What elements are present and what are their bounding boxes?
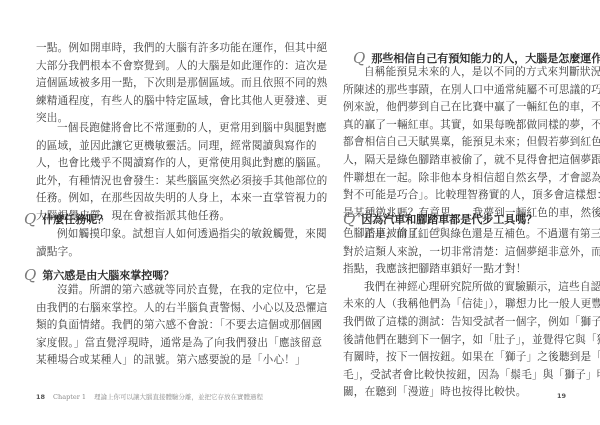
text-line: 某種場合或某種人」的訊號。第六感要說的是「小心！」 xyxy=(36,352,272,370)
text-line: 對於這類人來說，一切非常清楚：這個夢絕非意外，而是一種 xyxy=(343,244,579,262)
text-line: 後請他們在聽到下一個字，如「肚子」，並覺得它與「獅子」 xyxy=(343,332,579,350)
answer-paragraph: 正是，而且紅色與綠色還是互補色。不過還有第三類人， 對於這類人來說，一切非常清楚… xyxy=(343,226,579,402)
text-line: 類的負面情緒。我們的第六感不會說：「不要去這個或那個國 xyxy=(36,317,272,335)
answer-paragraph: 沒錯。所謂的第六感就等同於直覺，在我的定位中，它是 由我們的右腦來掌控。人的右半… xyxy=(36,282,272,370)
text-line: 正是，而且紅色與綠色還是互補色。不過還有第三類人， xyxy=(343,226,579,244)
q-mark-icon: Q xyxy=(24,266,36,284)
text-line: 自稱能預見未來的人，是以不同的方式來判斷狀況。他們 xyxy=(343,64,579,82)
text-line: 人，也會比幾乎不閱讀寫作的人，更常使用與此對應的腦區。 xyxy=(36,155,272,173)
page-footer: 18Chapter 1理論上你可以讓大腦直接體驗分離，並把它存放在實體過程 xyxy=(36,392,263,401)
text-line: 讀點字。 xyxy=(36,244,272,262)
text-line: 這個區域被多用一點，下次則是那個區域。而且依照不同的熟 xyxy=(36,75,272,93)
paragraph-1: 一點。例如開車時，我們的大腦有許多功能在運作，但其中絕 大部分我們根本不會察覺到… xyxy=(36,40,272,128)
text-line: 一個長跑健將會比不常運動的人，更常用到腦中與腿對應 xyxy=(36,120,272,138)
text-line: 人，隔天是綠色腳踏車被偷了，就不見得會把這個夢跟失竊事 xyxy=(343,152,579,170)
text-line: 的區域，並因此讓它更機敏靈活。同理，經常閱讀與寫作的 xyxy=(36,138,272,156)
page-number: 19 xyxy=(557,392,566,400)
text-line: 件聯想在一起。除非他本身相信超自然玄學，才會認為「這絕 xyxy=(343,170,579,188)
text-line: 毛」，受試者會比較快按鈕，因為「鬃毛」與「獅子」明顯相 xyxy=(343,367,579,385)
question-title: 第六感是由大腦來掌控嗎？ xyxy=(42,269,174,282)
text-line: 我們在神經心理研究院所做的實驗顯示，這些自認能預見 xyxy=(343,279,579,297)
page-footer: 19 xyxy=(557,392,574,400)
text-line: 例如觸摸印象。試想盲人如何透過指尖的敏銳觸覺，來閱 xyxy=(36,226,272,244)
chapter-label: Chapter 1 xyxy=(53,393,86,401)
answer-paragraph: 例如觸摸印象。試想盲人如何透過指尖的敏銳觸覺，來閱 讀點字。 xyxy=(36,226,272,261)
text-line: 家度假。」當直覺浮現時，通常是為了向我們發出「應該留意 xyxy=(36,335,272,353)
text-line: 任務。例如，在那些因故失明的人身上，本來一直掌管視力的 xyxy=(36,190,272,208)
text-line: 關，在聽到「漫遊」時也按得比較快。 xyxy=(343,384,579,402)
text-line: 一點。例如開車時，我們的大腦有許多功能在運作，但其中絕 xyxy=(36,40,272,58)
running-title: 理論上你可以讓大腦直接體驗分離，並把它存放在實體過程 xyxy=(94,393,263,401)
question-title: 什麼任務呢？ xyxy=(42,213,108,226)
text-line: 我們做了這樣的測試：告知受試者一個字，例如「獅子」，然 xyxy=(343,314,579,332)
text-line: 未來的人（我稱他們為「信徒」），聯想力比一般人更豐富。 xyxy=(343,296,579,314)
q-mark-icon: Q xyxy=(24,210,36,228)
text-line: 對不可能是巧合」。比較理智務實的人，頂多會這樣想：「這 xyxy=(343,187,579,205)
question-title: 因為汽車和腳踏車都是代步工具嗎？ xyxy=(361,213,537,226)
left-page: 一點。例如開車時，我們的大腦有許多功能在運作，但其中絕 大部分我們根本不會察覺到… xyxy=(0,0,300,425)
text-line: 此外，有種情況也會發生：某些腦區突然必須接手其他部位的 xyxy=(36,173,272,191)
text-line: 沒錯。所謂的第六感就等同於直覺，在我的定位中，它是 xyxy=(36,282,272,300)
page-number: 18 xyxy=(36,393,45,401)
text-line: 練精通程度，有些人的腦中特定區域，會比其他人更發達、更 xyxy=(36,93,272,111)
text-line: 有關時，按下一個按鈕。如果在「獅子」之後聽到是「鬃 xyxy=(343,349,579,367)
text-line: 大部分我們根本不會察覺到。人的大腦是如此運作的：這次是 xyxy=(36,58,272,76)
text-line: 真的贏了一輛紅車。其實，如果每晚都做同樣的夢，不管是誰 xyxy=(343,117,579,135)
text-line: 例來說，他們夢到自己在比賽中贏了一輛紅色的車，不久之後 xyxy=(343,99,579,117)
text-line: 由我們的右腦來掌控。人的右半腦負責警惕、小心以及恐懼這 xyxy=(36,300,272,318)
text-line: 所陳述的那些事蹟，在別人口中通常純屬不可思議的巧合。舉 xyxy=(343,82,579,100)
text-line: 指點，我應該把腳踏車鎖好一點才對！ xyxy=(343,261,579,279)
text-line: 都會相信自己天賦異稟，能預見未來；但假若夢到紅色車子的 xyxy=(343,134,579,152)
